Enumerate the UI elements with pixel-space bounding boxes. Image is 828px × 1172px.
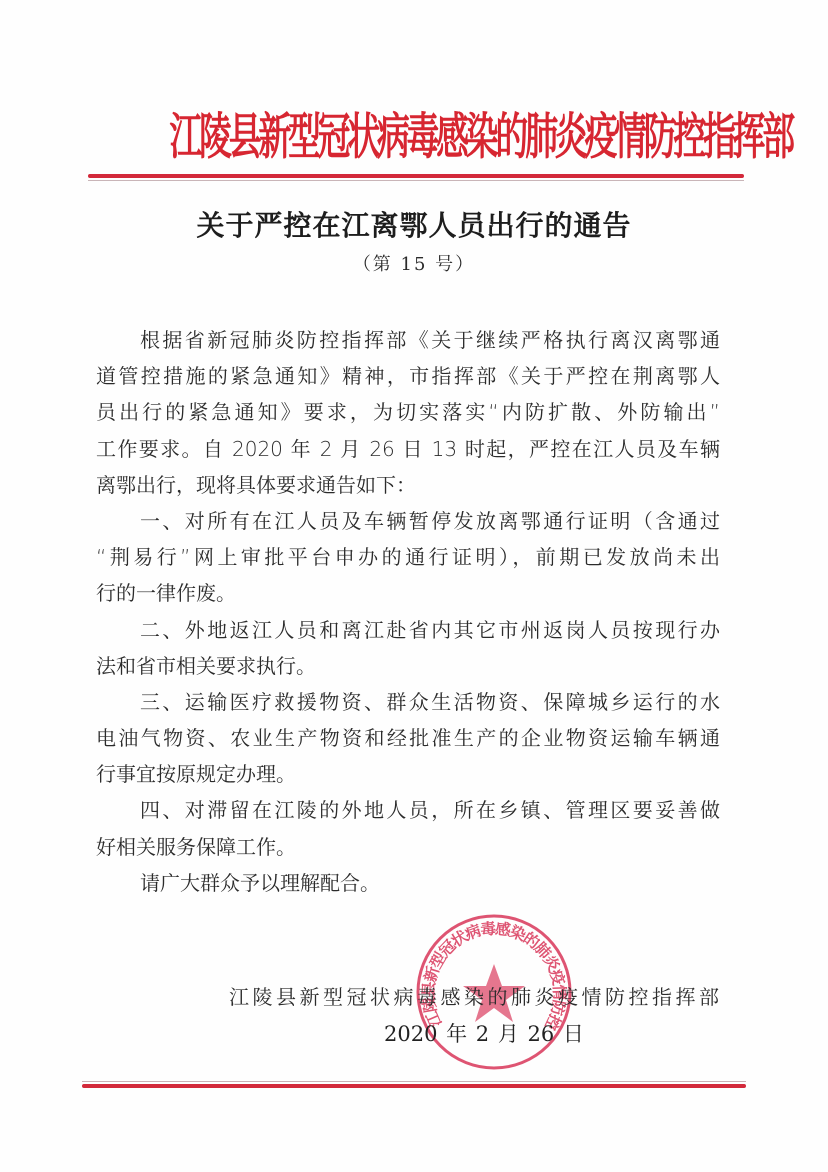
body-line: 法和省市相关要求执行。 [96, 648, 720, 684]
footer-thin-rule [82, 1081, 746, 1082]
organization-header: 江陵县新型冠状病毒感染的肺炎疫情防控指挥部 [170, 106, 663, 168]
document-page: 江陵县新型冠状病毒感染的肺炎疫情防控指挥部 关于严控在江离鄂人员出行的通告 （第… [0, 0, 828, 1172]
body-line: 离鄂出行，现将具体要求通告如下： [96, 467, 720, 503]
body-line: 行事宜按原规定办理。 [96, 756, 720, 792]
body-line: 道管控措施的紧急通知》精神，市指挥部《关于严控在荆离鄂人 [96, 358, 720, 394]
body-line: 三、运输医疗救援物资、群众生活物资、保障城乡运行的水 [96, 684, 720, 720]
notice-body: 根据省新冠肺炎防控指挥部《关于继续严格执行离汉离鄂通 道管控措施的紧急通知》精神… [96, 322, 720, 901]
svg-text:江陵县新型冠状病毒感染的肺炎疫情防控指挥部: 江陵县新型冠状病毒感染的肺炎疫情防控指挥部 [414, 912, 569, 1034]
body-line: 根据省新冠肺炎防控指挥部《关于继续严格执行离汉离鄂通 [96, 322, 720, 358]
signature-date: 2020 年 2 月 26 日 [384, 1019, 564, 1049]
body-line: 工作要求。自 2020 年 2 月 26 日 13 时起，严控在江人员及车辆 [96, 431, 720, 467]
header-thin-rule [88, 180, 744, 181]
notice-title: 关于严控在江离鄂人员出行的通告 [0, 204, 828, 244]
body-line: 四、对滞留在江陵的外地人员，所在乡镇、管理区要妥善做 [96, 792, 720, 828]
body-line: 二、外地返江人员和离江赴省内其它市州返岗人员按现行办 [96, 612, 720, 648]
notice-number: （第 15 号） [0, 250, 828, 276]
signature-organization: 江陵县新型冠状病毒感染的肺炎疫情防控指挥部 [229, 982, 719, 1012]
footer-red-rule [82, 1084, 746, 1088]
body-line: 行的一律作废。 [96, 575, 720, 611]
body-line: 请广大群众予以理解配合。 [96, 865, 720, 901]
body-line: 好相关服务保障工作。 [96, 829, 720, 865]
body-line: 一、对所有在江人员及车辆暂停发放离鄂通行证明（含通过 [96, 503, 720, 539]
body-line: “荆易行”网上审批平台申办的通行证明），前期已发放尚未出 [96, 539, 720, 575]
body-line: 电油气物资、农业生产物资和经批准生产的企业物资运输车辆通 [96, 720, 720, 756]
header-red-rule [88, 174, 744, 178]
organization-header-text: 江陵县新型冠状病毒感染的肺炎疫情防控指挥部 [170, 100, 792, 173]
body-line: 员出行的紧急通知》要求，为切实落实“内防扩散、外防输出” [96, 394, 720, 430]
